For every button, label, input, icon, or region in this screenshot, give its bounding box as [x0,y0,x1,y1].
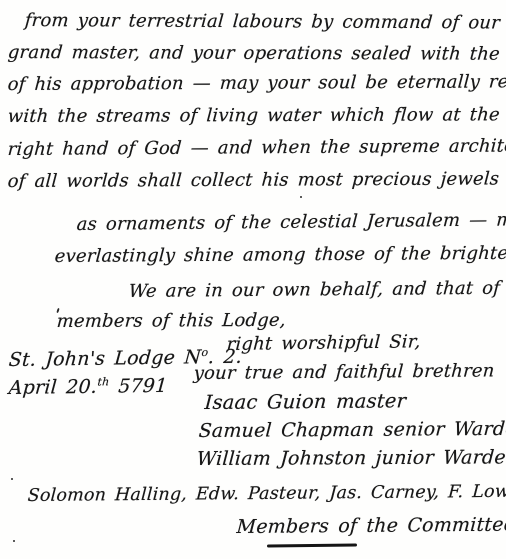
committee-names-line: Solomon Halling, Edw. Pasteur, Jas. Carn… [27,480,506,507]
body-line-4: with the streams of living water which f… [7,104,501,128]
committee-caption-line: Members of the Committee. [236,514,506,538]
ink-speck [300,196,302,198]
body-line-1: from your terrestrial labours by command… [24,10,506,35]
lodge-number-text: . 2. [207,346,243,368]
body-line-3: of his approbation — may your soul be et… [7,71,506,96]
salutation-line: right worshipful Sir, [226,331,421,356]
lodge-name-line: St. John's Lodge No. 2. [8,346,243,371]
body-line-10: members of this Lodge, [56,310,286,333]
ink-speck [13,540,15,542]
body-line-2: grand master, and your operations sealed… [7,42,506,66]
body-line-6: of all worlds shall collect his most pre… [7,168,506,193]
body-line-5: right hand of God — and when the supreme… [7,135,506,161]
signature-senior-warden: Samuel Chapman senior Warden [198,418,506,442]
body-line-9: We are in our own behalf, and that of th… [128,277,506,303]
ink-speck [11,478,13,480]
lodge-name-text: St. John's Lodge N [8,346,202,371]
date-day-text: April 20. [8,376,98,399]
manuscript-page: from your terrestrial labours by command… [0,0,506,559]
committee-underline [267,544,357,548]
date-line: April 20.th 5791 [8,375,168,399]
signature-junior-warden: William Johnston junior Warden [196,446,506,470]
date-year-text: 5791 [108,375,168,398]
signature-master: Isaac Guion master [204,390,407,414]
body-line-7: as ornaments of the celestial Jerusalem … [76,209,506,236]
body-line-8: everlastingly shine among those of the b… [54,242,506,268]
